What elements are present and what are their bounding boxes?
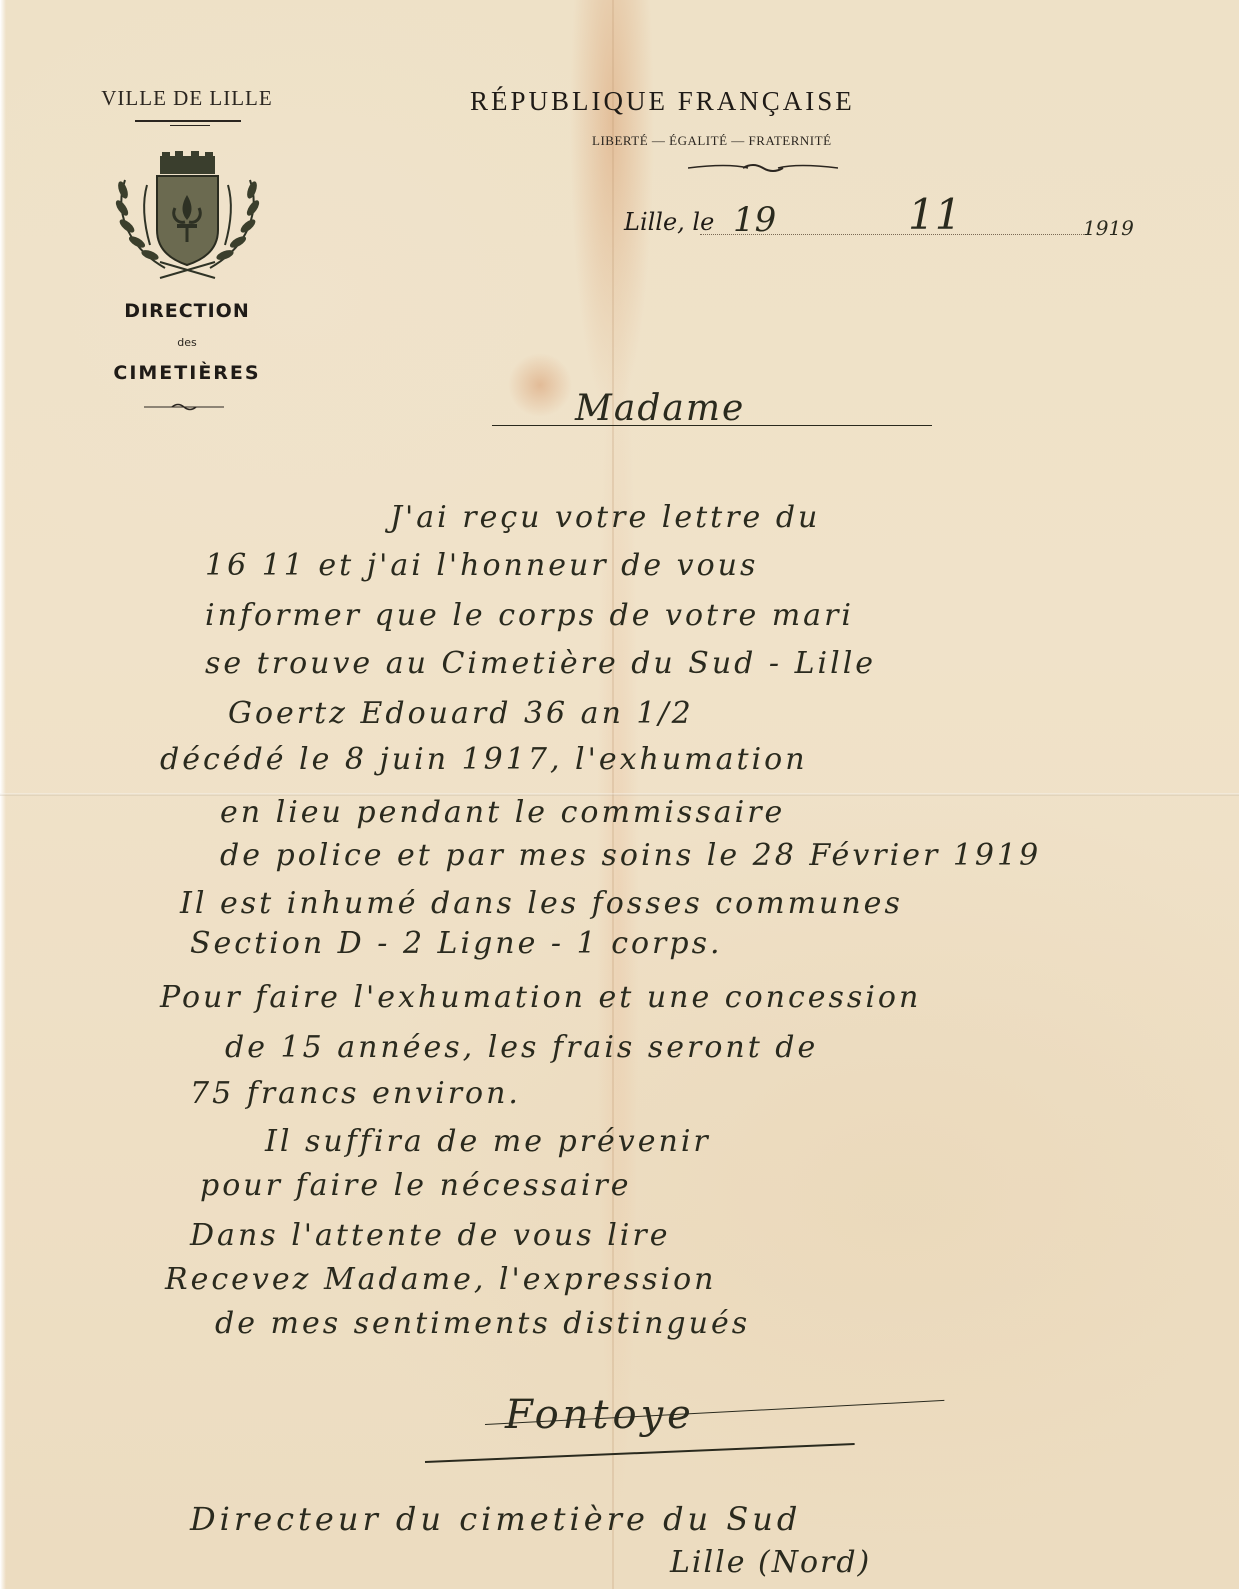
- body-line: se trouve au Cimetière du Sud - Lille: [205, 646, 876, 681]
- body-line: Section D - 2 Ligne - 1 corps.: [190, 926, 723, 961]
- body-line: informer que le corps de votre mari: [205, 598, 854, 633]
- body-line: 16 11 et j'ai l'honneur de vous: [205, 548, 758, 583]
- ornament-divider-icon: [688, 160, 838, 174]
- body-line: Pour faire l'exhumation et une concessio…: [160, 980, 921, 1015]
- body-line: 75 francs environ.: [190, 1076, 521, 1111]
- salutation-flourish: [492, 425, 932, 426]
- signer-title: Directeur du cimetière du Sud: [190, 1500, 801, 1538]
- body-line: J'ai reçu votre lettre du: [390, 500, 820, 535]
- date-day: 19: [733, 200, 776, 240]
- body-line: de mes sentiments distingués: [215, 1306, 750, 1341]
- department-subtitle: CIMETIÈRES: [76, 362, 298, 384]
- body-line: Goertz Edouard 36 an 1/2: [228, 696, 694, 731]
- salutation: Madame: [575, 388, 745, 429]
- ornament-divider-icon: [144, 402, 224, 412]
- signer-place: Lille (Nord): [670, 1545, 871, 1580]
- place-date-label: Lille, le: [624, 208, 714, 236]
- body-line: de police et par mes soins le 28 Février…: [220, 838, 1041, 873]
- lille-coat-of-arms-icon: [105, 150, 270, 280]
- divider: [135, 120, 241, 122]
- body-line: pour faire le nécessaire: [200, 1168, 632, 1203]
- national-motto: LIBERTÉ — ÉGALITÉ — FRATERNITÉ: [592, 133, 832, 149]
- letter-page: VILLE DE LILLE: [0, 0, 1239, 1589]
- body-line: Il est inhumé dans les fosses communes: [180, 886, 903, 921]
- divider: [170, 125, 210, 126]
- body-line: en lieu pendant le commissaire: [220, 795, 785, 830]
- body-line: Il suffira de me prévenir: [265, 1124, 711, 1159]
- signature: Fontoye: [505, 1392, 695, 1438]
- department-title: DIRECTION: [76, 300, 298, 322]
- signature-underline: [425, 1443, 855, 1463]
- body-line: de 15 années, les frais seront de: [225, 1030, 818, 1065]
- body-line: Dans l'attente de vous lire: [190, 1218, 671, 1253]
- republic-heading: RÉPUBLIQUE FRANÇAISE: [470, 86, 1070, 117]
- date-month: 11: [908, 190, 961, 239]
- department-connector: des: [76, 336, 298, 349]
- body-line: décédé le 8 juin 1917, l'exhumation: [160, 742, 808, 777]
- body-line: Recevez Madame, l'expression: [165, 1262, 717, 1297]
- date-year: 1919: [1083, 216, 1134, 240]
- city-name: VILLE DE LILLE: [76, 86, 298, 111]
